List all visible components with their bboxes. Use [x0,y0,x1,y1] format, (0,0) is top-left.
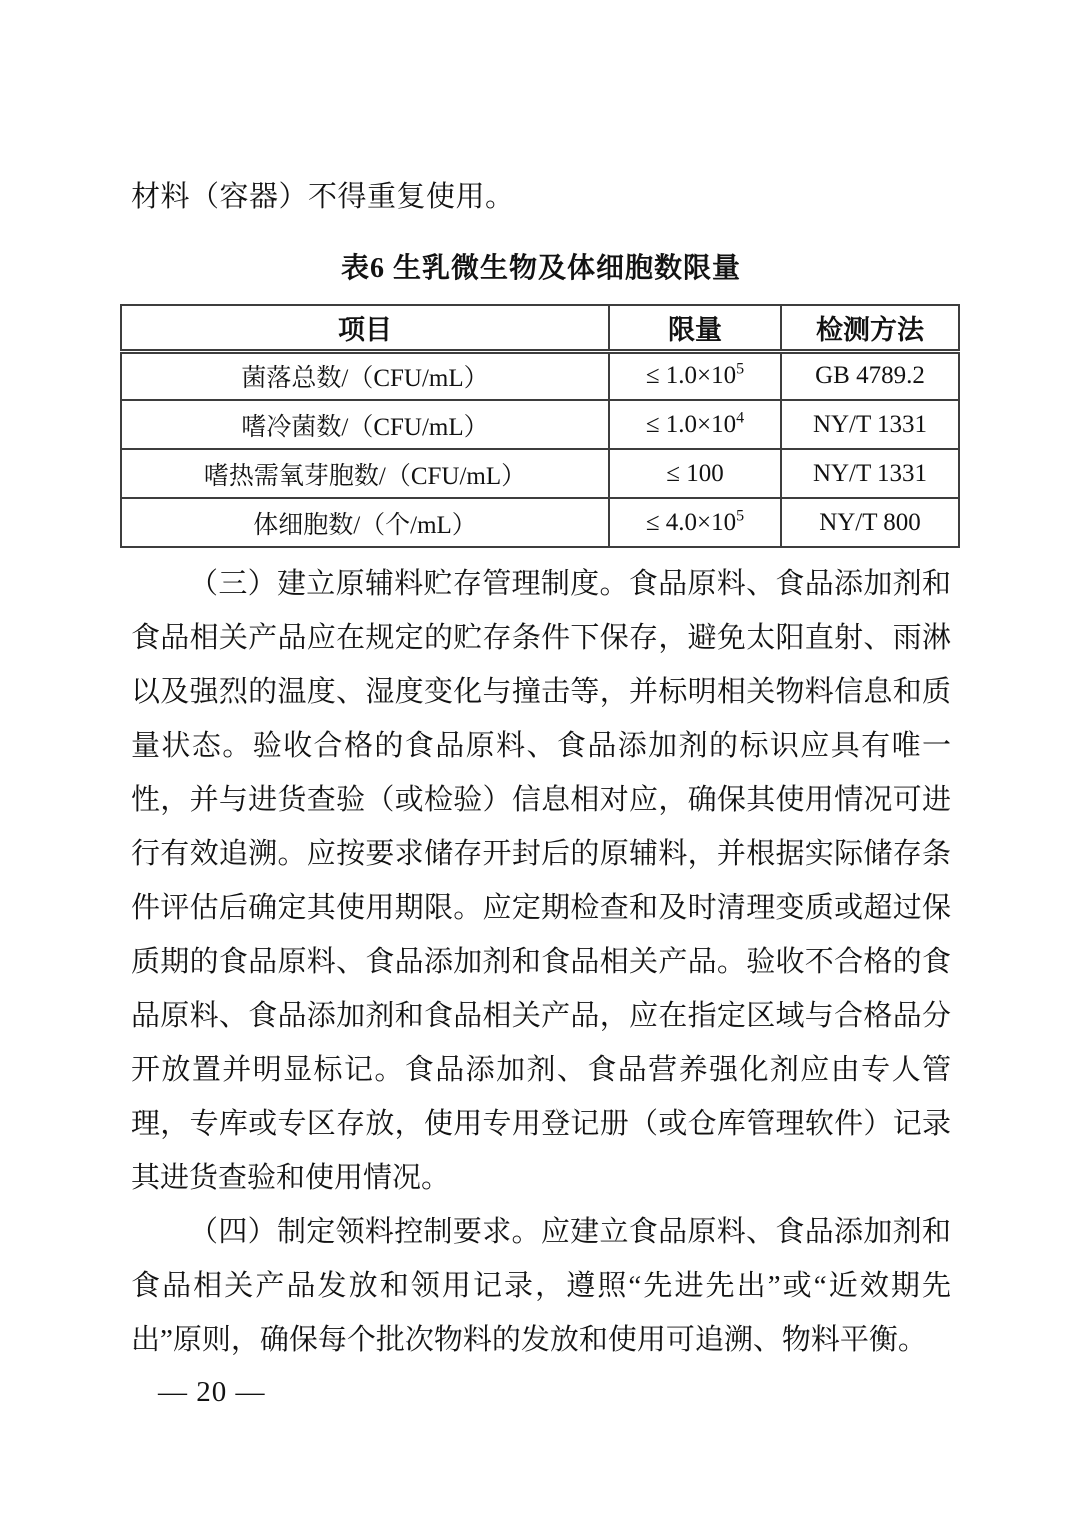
limit-value: ≤ 1.0×10 [646,411,736,438]
paragraph-continuation-line: 材料（容器）不得重复使用。 [131,170,951,225]
cell-item: 嗜热需氧芽胞数/（CFU/mL） [121,449,609,498]
column-header-item: 项目 [121,305,609,351]
limit-exponent: 5 [736,507,744,524]
cell-limit: ≤ 1.0×105 [609,351,781,400]
page-number: — 20 — [158,1376,266,1409]
table-row: 体细胞数/（个/mL） ≤ 4.0×105 NY/T 800 [121,498,959,547]
cell-limit: ≤ 4.0×105 [609,498,781,547]
table-caption: 表6 生乳微生物及体细胞数限量 [131,241,951,296]
microbial-limits-table: 项目 限量 检测方法 菌落总数/（CFU/mL） ≤ 1.0×105 GB 47… [120,304,960,548]
cell-method: NY/T 1331 [781,400,959,449]
cell-method: NY/T 1331 [781,449,959,498]
column-header-method: 检测方法 [781,305,959,351]
cell-item: 嗜冷菌数/（CFU/mL） [121,400,609,449]
limit-value: ≤ 4.0×10 [646,509,736,536]
cell-limit: ≤ 1.0×104 [609,400,781,449]
limit-exponent: 4 [736,409,744,426]
cell-method: NY/T 800 [781,498,959,547]
paragraph-section-4: （四）制定领料控制要求。应建立食品原料、食品添加剂和食品相关产品发放和领用记录，… [131,1205,951,1367]
page-content: 材料（容器）不得重复使用。 表6 生乳微生物及体细胞数限量 项目 限量 检测方法… [131,0,951,1367]
table-header-row: 项目 限量 检测方法 [121,305,959,351]
table-row: 菌落总数/（CFU/mL） ≤ 1.0×105 GB 4789.2 [121,351,959,400]
table-row: 嗜热需氧芽胞数/（CFU/mL） ≤ 100 NY/T 1331 [121,449,959,498]
column-header-limit: 限量 [609,305,781,351]
limit-value: ≤ 1.0×10 [646,362,736,389]
cell-method: GB 4789.2 [781,351,959,400]
cell-item: 体细胞数/（个/mL） [121,498,609,547]
cell-item: 菌落总数/（CFU/mL） [121,351,609,400]
limit-value: ≤ 100 [666,460,723,487]
document-page: 材料（容器）不得重复使用。 表6 生乳微生物及体细胞数限量 项目 限量 检测方法… [0,0,1080,1527]
cell-limit: ≤ 100 [609,449,781,498]
paragraph-section-3: （三）建立原辅料贮存管理制度。食品原料、食品添加剂和食品相关产品应在规定的贮存条… [131,557,951,1205]
table-row: 嗜冷菌数/（CFU/mL） ≤ 1.0×104 NY/T 1331 [121,400,959,449]
limit-exponent: 5 [736,361,744,378]
